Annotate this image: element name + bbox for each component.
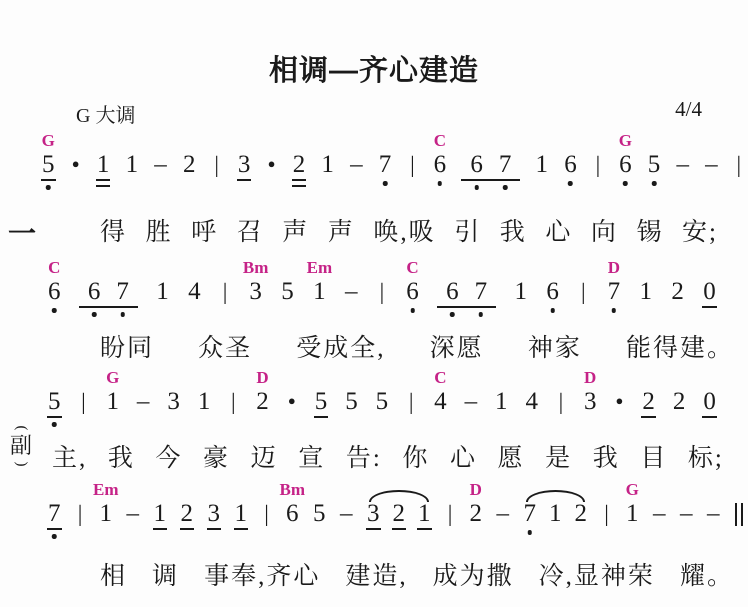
- lyric-cell: 唤,吸: [373, 212, 435, 248]
- augmentation-dot: ●: [267, 151, 277, 179]
- underline-beam: [180, 528, 195, 530]
- dot-glyph: ●: [72, 151, 80, 179]
- note-digit: 6: [470, 151, 483, 179]
- barline-glyph: |: [78, 500, 83, 528]
- lyric-cell: 告:: [346, 438, 382, 474]
- dot-glyph: ●: [288, 388, 296, 416]
- note-digit: 1: [418, 500, 431, 528]
- underline-beam: [207, 528, 222, 530]
- barline-glyph: |: [737, 151, 742, 179]
- music-note: 2: [671, 278, 684, 306]
- music-note: 3Bm: [249, 278, 262, 306]
- lyric-cell: 标;: [688, 438, 724, 474]
- underline-beam: [47, 416, 62, 418]
- underline-beam: [437, 306, 468, 308]
- duration-dash: –: [705, 151, 718, 179]
- barline: |: [445, 500, 455, 528]
- barline: |: [602, 500, 612, 528]
- chord-label: G: [106, 368, 119, 388]
- note-digit: 5: [48, 388, 61, 416]
- note-digit: 5: [42, 151, 55, 179]
- lyric-cell: 召: [237, 212, 264, 248]
- duration-dash: –: [345, 278, 358, 306]
- chord-label: D: [256, 368, 268, 388]
- music-note: 1: [126, 151, 139, 179]
- final-barline: [734, 500, 744, 528]
- barline: |: [75, 500, 85, 528]
- chord-label: Em: [93, 480, 119, 500]
- music-note: 6: [462, 151, 491, 179]
- music-note: 2: [575, 500, 588, 528]
- chord-label: Bm: [280, 480, 306, 500]
- low-octave-dot: [46, 185, 51, 190]
- augmentation-dot: ●: [287, 388, 297, 416]
- chord-label: G: [626, 480, 639, 500]
- dash-glyph: –: [345, 278, 358, 306]
- underline-beam: [417, 528, 432, 530]
- low-octave-dot: [474, 185, 479, 190]
- note-digit: 3: [208, 500, 221, 528]
- music-note: 7: [467, 278, 496, 306]
- lyric-cell: 事奉,齐心: [204, 556, 320, 592]
- dash-glyph: –: [707, 500, 720, 528]
- barline: |: [78, 388, 88, 416]
- lyric-cell: 我: [500, 212, 527, 248]
- underline-beam: [466, 306, 497, 308]
- barline: |: [578, 278, 588, 306]
- note-digit: 3: [167, 388, 180, 416]
- song-title: 相调—齐心建造: [0, 48, 748, 89]
- music-line-3: 5|1G–31|2D●555|4C–14|3D●220: [48, 368, 716, 422]
- note-digit: 1: [640, 278, 653, 306]
- underline-beam: [292, 179, 307, 187]
- lyric-cell: 神家: [528, 328, 582, 364]
- music-note: 7: [108, 278, 137, 306]
- lyric-cell: 胜: [146, 212, 173, 248]
- barline: |: [262, 500, 272, 528]
- dash-glyph: –: [137, 388, 150, 416]
- lyric-cell: 能得建。: [626, 328, 734, 364]
- lyric-cell: 深愿: [430, 328, 484, 364]
- dash-glyph: –: [465, 388, 478, 416]
- music-note: 2D: [470, 500, 483, 528]
- refrain-character: 副: [10, 434, 32, 458]
- lyric-cell: 宣: [298, 438, 325, 474]
- lyric-cell: 引: [454, 212, 481, 248]
- note-digit: 7: [608, 278, 621, 306]
- lyric-line-2: 盼同众圣受成全,深愿神家能得建。: [100, 328, 734, 364]
- chord-label: C: [434, 368, 446, 388]
- lyric-cell: 是: [545, 438, 572, 474]
- underline-beam: [107, 306, 138, 308]
- note-digit: 1: [235, 500, 248, 528]
- low-octave-dot: [550, 308, 555, 313]
- underline-beam: [392, 528, 407, 530]
- chord-label: C: [406, 258, 418, 278]
- lyric-cell: 耀。: [680, 556, 734, 592]
- note-digit: 4: [434, 388, 447, 416]
- underline-beam: [47, 528, 62, 530]
- music-note: 3: [238, 151, 251, 179]
- note-digit: 2: [575, 500, 588, 528]
- duration-dash: –: [680, 500, 693, 528]
- rest-note: 0: [703, 278, 716, 306]
- music-note: 6C: [434, 151, 447, 179]
- note-digit: 3: [249, 278, 262, 306]
- dash-glyph: –: [350, 151, 363, 179]
- note-digit: 6: [406, 278, 419, 306]
- note-digit: 2: [673, 388, 686, 416]
- music-note: 4C: [434, 388, 447, 416]
- dash-glyph: –: [705, 151, 718, 179]
- lyric-line-4: 相调事奉,齐心建造,成为撒冷,显神荣耀。: [100, 556, 734, 592]
- note-digit: 1: [126, 151, 139, 179]
- note-digit: 1: [321, 151, 334, 179]
- music-line-4: 7|1Em–1231|6Bm5–321|2D–712|1G–––: [48, 480, 744, 534]
- music-note: 1: [198, 388, 211, 416]
- barline: |: [212, 151, 222, 179]
- note-digit: 6: [48, 278, 61, 306]
- low-octave-dot: [623, 181, 628, 186]
- note-digit: 1: [154, 500, 167, 528]
- lyric-cell: 众圣: [198, 328, 252, 364]
- music-note: 3: [367, 500, 380, 528]
- note-digit: 1: [106, 388, 119, 416]
- music-note: 5: [281, 278, 294, 306]
- lyric-line-1: 得胜呼召声声唤,吸引我心向锡安;: [100, 212, 718, 248]
- low-octave-dot: [479, 312, 484, 317]
- note-digit: 5: [281, 278, 294, 306]
- lyric-line-3: 主,我今豪迈宣告:你心愿是我目标;: [52, 438, 724, 474]
- note-digit: 1: [100, 500, 113, 528]
- music-note: 2D: [256, 388, 269, 416]
- duration-dash: –: [676, 151, 689, 179]
- note-digit: 3: [367, 500, 380, 528]
- music-note: 6: [546, 278, 559, 306]
- music-note: 1: [154, 500, 167, 528]
- note-digit: 4: [188, 278, 201, 306]
- underline-beam: [153, 528, 168, 530]
- lyric-cell: 我: [108, 438, 135, 474]
- dash-glyph: –: [676, 151, 689, 179]
- note-digit: 1: [626, 500, 639, 528]
- music-note: 1G: [626, 500, 639, 528]
- note-digit: 7: [379, 151, 392, 179]
- music-note: 1: [97, 151, 110, 179]
- duration-dash: –: [707, 500, 720, 528]
- music-note: 3D: [584, 388, 597, 416]
- music-note: 6: [80, 278, 109, 306]
- music-note: 1: [235, 500, 248, 528]
- low-octave-dot: [528, 530, 533, 535]
- underline-beam: [366, 528, 381, 530]
- barline-glyph: |: [559, 388, 564, 416]
- music-note: 5: [48, 388, 61, 416]
- verse-number: 一: [8, 212, 36, 252]
- duration-dash: –: [653, 500, 666, 528]
- low-octave-dot: [652, 181, 657, 186]
- note-digit: 2: [183, 151, 196, 179]
- underline-beam: [702, 306, 717, 308]
- slur-group: 712: [524, 500, 588, 528]
- low-octave-dot: [568, 181, 573, 186]
- music-note: 7: [48, 500, 61, 528]
- dot-glyph: ●: [615, 388, 623, 416]
- dash-glyph: –: [653, 500, 666, 528]
- beam-group: 67: [438, 278, 495, 306]
- note-digit: 1: [515, 278, 528, 306]
- underline-beam: [490, 179, 521, 181]
- low-octave-dot: [120, 312, 125, 317]
- music-note: 5: [315, 388, 328, 416]
- lyric-cell: 得: [100, 212, 127, 248]
- lyric-cell: 盼同: [100, 328, 154, 364]
- note-digit: 5: [648, 151, 661, 179]
- augmentation-dot: ●: [614, 388, 624, 416]
- note-digit: 6: [446, 278, 459, 306]
- chord-label: C: [434, 131, 446, 151]
- note-digit: 1: [495, 388, 508, 416]
- music-note: 4: [188, 278, 201, 306]
- dash-glyph: –: [497, 500, 510, 528]
- hymn-sheet-page: 相调—齐心建造 G 大调 4/4 5G●11–2|3●21–7|6C6716|6…: [0, 0, 748, 607]
- lyric-cell: 成为撒: [433, 556, 514, 592]
- dash-glyph: –: [340, 500, 353, 528]
- music-note: 7: [491, 151, 520, 179]
- refrain-label: ( 副 ): [10, 422, 32, 470]
- music-note: 5: [648, 151, 661, 179]
- music-note: 3: [208, 500, 221, 528]
- lyric-cell: 心: [545, 212, 572, 248]
- lyric-cell: 我: [593, 438, 620, 474]
- note-digit: 7: [475, 278, 488, 306]
- lyric-cell: 向: [591, 212, 618, 248]
- barline-glyph: |: [264, 500, 269, 528]
- barline: |: [377, 278, 387, 306]
- note-digit: 6: [619, 151, 632, 179]
- music-note: 5: [345, 388, 358, 416]
- dash-glyph: –: [154, 151, 167, 179]
- low-octave-dot: [410, 308, 415, 313]
- note-digit: 2: [293, 151, 306, 179]
- chord-label: D: [608, 258, 620, 278]
- note-digit: 2: [393, 500, 406, 528]
- music-note: 6C: [48, 278, 61, 306]
- music-note: 7: [379, 151, 392, 179]
- barline-glyph: |: [81, 388, 86, 416]
- lyric-cell: 受成全,: [296, 328, 385, 364]
- barline: |: [556, 388, 566, 416]
- music-line-1: 5G●11–2|3●21–7|6C6716|6G5––|: [42, 131, 744, 185]
- lyric-cell: 声: [328, 212, 355, 248]
- low-octave-dot: [612, 308, 617, 313]
- barline-glyph: |: [409, 388, 414, 416]
- final-barline-glyph: [735, 503, 743, 526]
- low-octave-dot: [450, 312, 455, 317]
- note-digit: 6: [564, 151, 577, 179]
- duration-dash: –: [497, 500, 510, 528]
- low-octave-dot: [503, 185, 508, 190]
- lyric-cell: 安;: [682, 212, 718, 248]
- lyric-cell: 迈: [251, 438, 278, 474]
- barline: |: [220, 278, 230, 306]
- duration-dash: –: [350, 151, 363, 179]
- music-note: 1: [321, 151, 334, 179]
- lyric-cell: 主,: [52, 438, 87, 474]
- music-note: 1G: [106, 388, 119, 416]
- lyric-cell: 愿: [498, 438, 525, 474]
- music-note: 2: [393, 500, 406, 528]
- underline-beam: [314, 416, 329, 418]
- bracket-top: (: [15, 426, 27, 431]
- music-note: 1: [418, 500, 431, 528]
- music-note: 5: [313, 500, 326, 528]
- barline: |: [228, 388, 238, 416]
- note-digit: 1: [198, 388, 211, 416]
- slur-group: 321: [367, 500, 431, 528]
- music-note: 1: [495, 388, 508, 416]
- note-digit: 3: [584, 388, 597, 416]
- music-note: 2: [183, 151, 196, 179]
- note-digit: 1: [156, 278, 169, 306]
- lyric-cell: 锡: [636, 212, 663, 248]
- duration-dash: –: [127, 500, 140, 528]
- duration-dash: –: [465, 388, 478, 416]
- music-note: 1Em: [313, 278, 326, 306]
- note-digit: 1: [549, 500, 562, 528]
- duration-dash: –: [154, 151, 167, 179]
- note-digit: 5: [376, 388, 389, 416]
- lyric-cell: 冷,显神荣: [539, 556, 655, 592]
- low-octave-dot: [92, 312, 97, 317]
- bracket-bottom: ): [15, 462, 27, 467]
- lyric-cell: 今: [155, 438, 182, 474]
- music-note: 1: [549, 500, 562, 528]
- underline-beam: [641, 416, 656, 418]
- note-digit: 1: [97, 151, 110, 179]
- chord-label: G: [42, 131, 55, 151]
- music-note: 5G: [42, 151, 55, 179]
- music-note: 2: [181, 500, 194, 528]
- note-digit: 1: [536, 151, 549, 179]
- low-octave-dot: [52, 534, 57, 539]
- rest-note: 0: [703, 388, 716, 416]
- lyric-cell: 相: [100, 556, 127, 592]
- music-note: 1: [536, 151, 549, 179]
- barline-glyph: |: [380, 278, 385, 306]
- lyric-cell: 呼: [191, 212, 218, 248]
- chord-label: G: [619, 131, 632, 151]
- time-signature: 4/4: [675, 97, 702, 122]
- note-digit: 3: [238, 151, 251, 179]
- chord-label: D: [584, 368, 596, 388]
- dot-glyph: ●: [268, 151, 276, 179]
- note-digit: 6: [546, 278, 559, 306]
- note-digit: 7: [524, 500, 537, 528]
- music-note: 4: [526, 388, 539, 416]
- chord-label: C: [48, 258, 60, 278]
- lyric-cell: 调: [152, 556, 179, 592]
- barline: |: [407, 151, 417, 179]
- lyric-cell: 建造,: [345, 556, 407, 592]
- note-digit: 7: [499, 151, 512, 179]
- underline-beam: [96, 179, 111, 187]
- underline-beam: [79, 306, 110, 308]
- note-digit: 0: [703, 278, 716, 306]
- note-digit: 6: [286, 500, 299, 528]
- music-note: 6G: [619, 151, 632, 179]
- music-note: 6C: [406, 278, 419, 306]
- chord-label: Em: [307, 258, 333, 278]
- barline-glyph: |: [214, 151, 219, 179]
- music-note: 6Bm: [286, 500, 299, 528]
- note-digit: 5: [313, 500, 326, 528]
- beam-group: 67: [462, 151, 519, 179]
- duration-dash: –: [340, 500, 353, 528]
- underline-beam: [702, 416, 717, 418]
- note-digit: 0: [703, 388, 716, 416]
- note-digit: 7: [116, 278, 129, 306]
- note-digit: 7: [48, 500, 61, 528]
- barline: |: [593, 151, 603, 179]
- note-digit: 2: [671, 278, 684, 306]
- music-note: 3: [167, 388, 180, 416]
- music-note: 1: [156, 278, 169, 306]
- music-note: 6: [564, 151, 577, 179]
- note-digit: 1: [313, 278, 326, 306]
- barline-glyph: |: [448, 500, 453, 528]
- dash-glyph: –: [127, 500, 140, 528]
- note-digit: 5: [345, 388, 358, 416]
- music-note: 5: [376, 388, 389, 416]
- low-octave-dot: [52, 308, 57, 313]
- underline-beam: [237, 179, 252, 181]
- barline: |: [406, 388, 416, 416]
- note-digit: 2: [470, 500, 483, 528]
- lyric-cell: 豪: [203, 438, 230, 474]
- barline-glyph: |: [231, 388, 236, 416]
- music-line-2: 6C6714|3Bm51Em–|6C6716|7D120: [48, 258, 716, 312]
- music-note: 1: [515, 278, 528, 306]
- dash-glyph: –: [680, 500, 693, 528]
- note-digit: 6: [434, 151, 447, 179]
- music-note: 2: [293, 151, 306, 179]
- note-digit: 2: [181, 500, 194, 528]
- music-note: 2: [642, 388, 655, 416]
- music-note: 2: [673, 388, 686, 416]
- key-signature-label: G 大调: [76, 99, 135, 128]
- low-octave-dot: [383, 181, 388, 186]
- low-octave-dot: [438, 181, 443, 186]
- barline-glyph: |: [596, 151, 601, 179]
- barline: |: [734, 151, 744, 179]
- lyric-cell: 目: [640, 438, 667, 474]
- music-note: 6: [438, 278, 467, 306]
- chord-label: Bm: [243, 258, 269, 278]
- duration-dash: –: [137, 388, 150, 416]
- barline-glyph: |: [604, 500, 609, 528]
- music-note: 1: [640, 278, 653, 306]
- low-octave-dot: [52, 422, 57, 427]
- barline-glyph: |: [581, 278, 586, 306]
- chord-label: D: [470, 480, 482, 500]
- underline-beam: [234, 528, 249, 530]
- barline-glyph: |: [410, 151, 415, 179]
- music-note: 7D: [608, 278, 621, 306]
- music-note: 1Em: [100, 500, 113, 528]
- note-digit: 6: [88, 278, 101, 306]
- lyric-cell: 声: [282, 212, 309, 248]
